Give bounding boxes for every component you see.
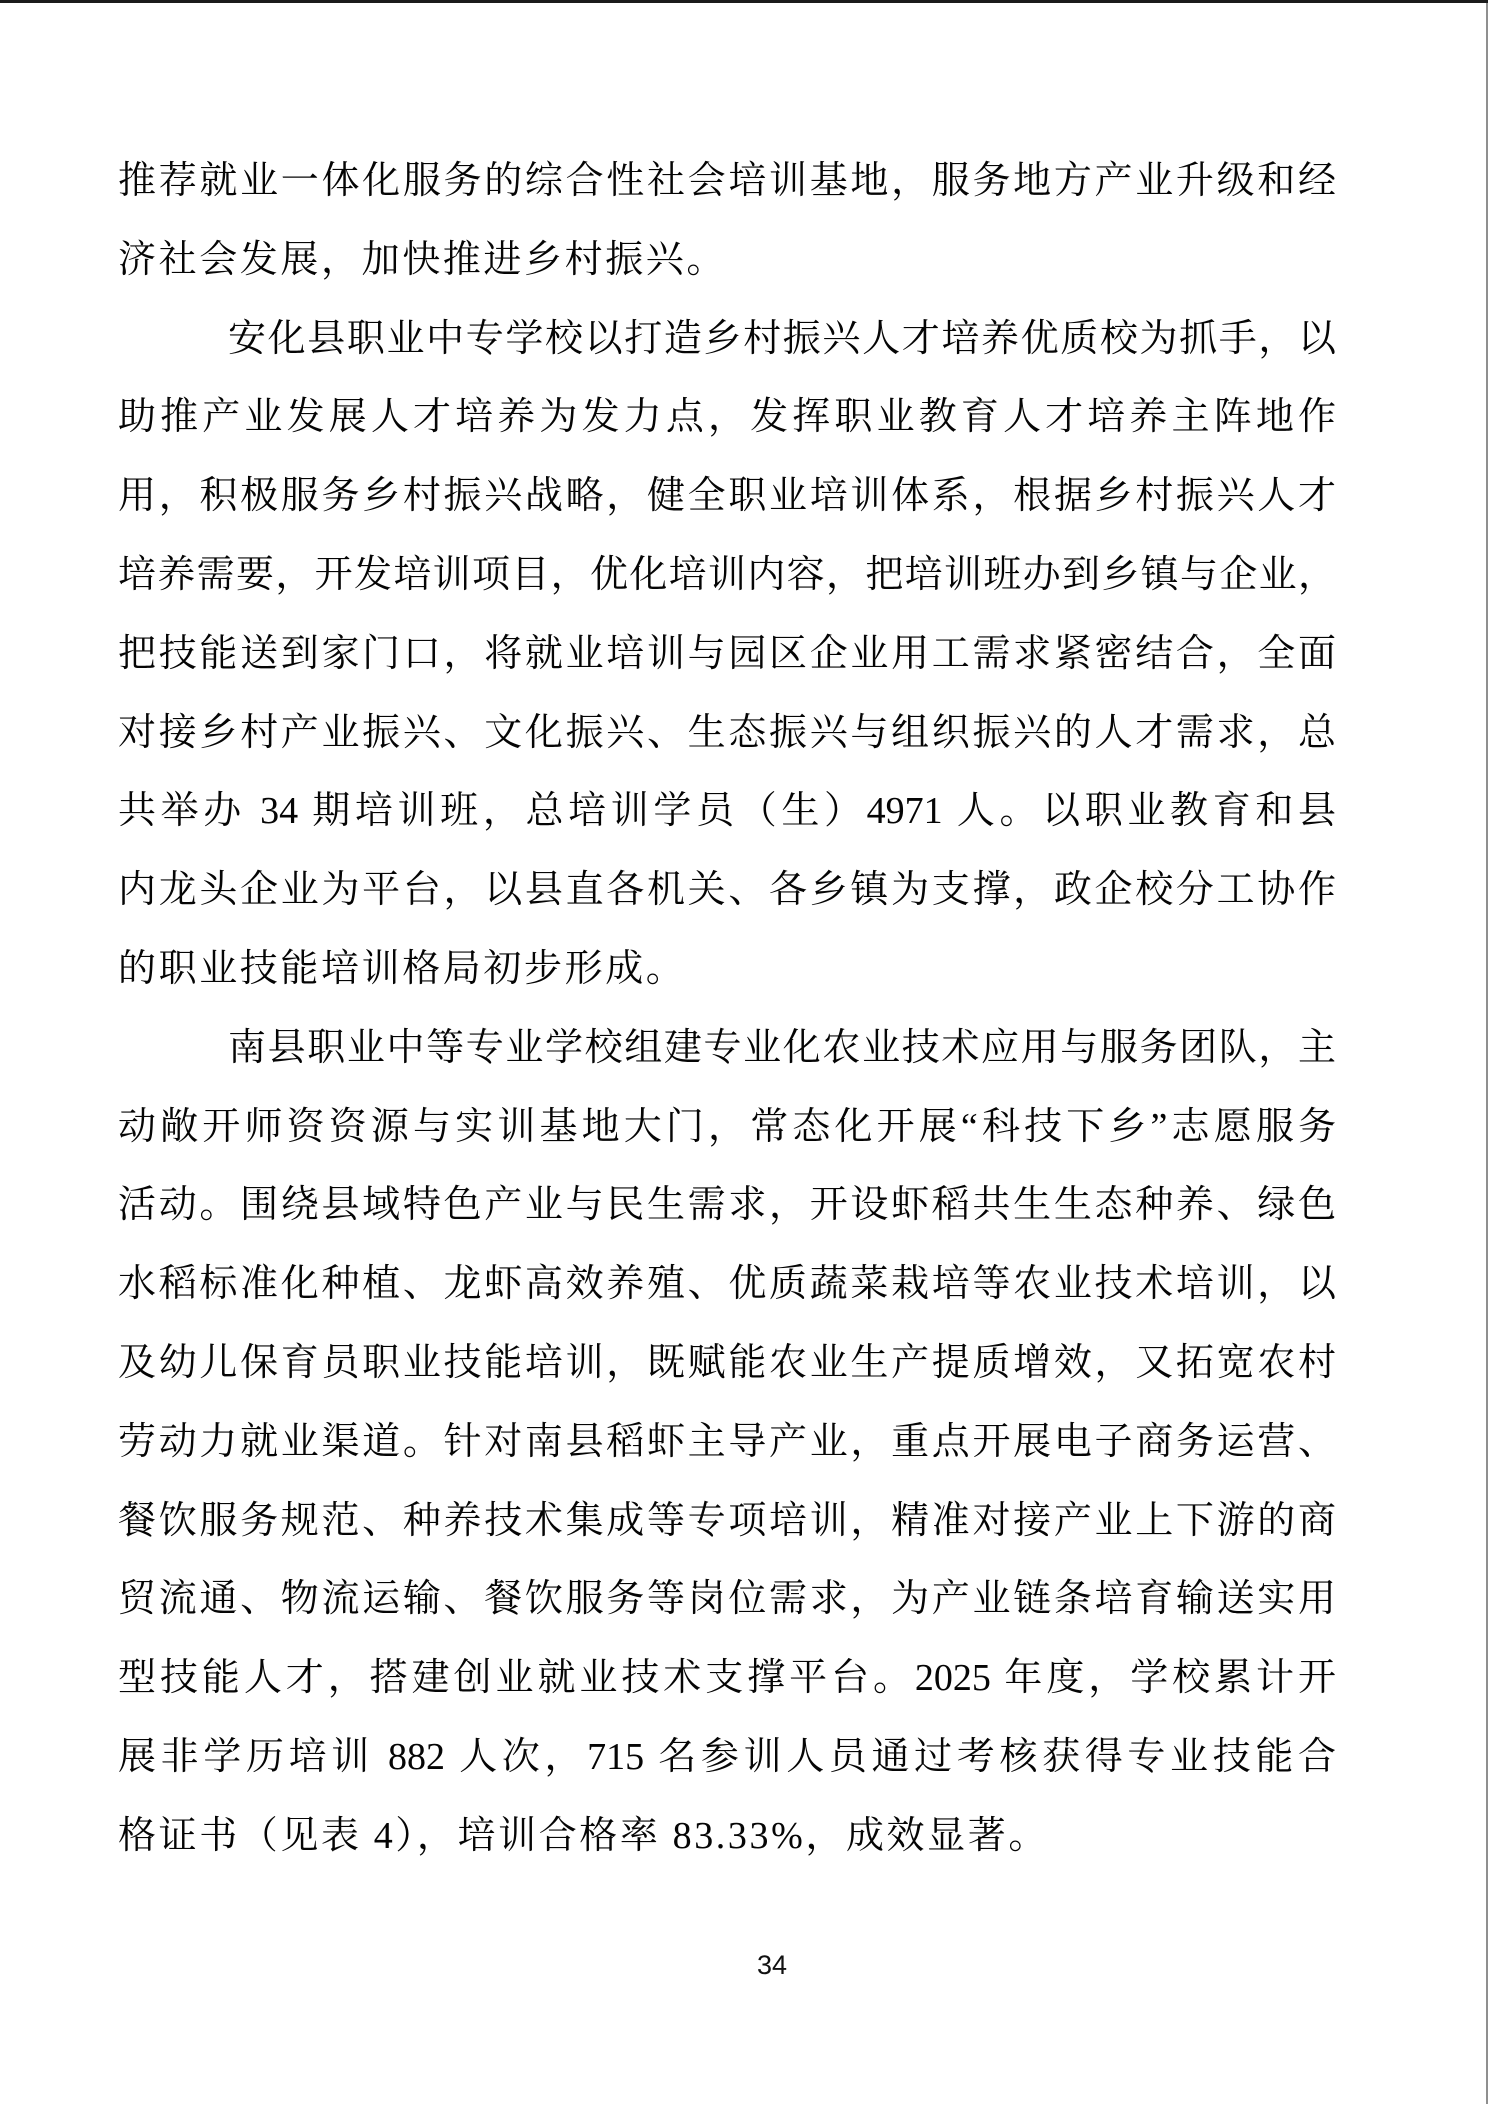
text-line: 助推产业发展人才培养为发力点，发挥职业教育人才培养主阵地作: [118, 378, 1336, 457]
text-line: 及幼儿保育员职业技能培训，既赋能农业生产提质增效，又拓宽农村: [118, 1324, 1336, 1403]
text-line: 把技能送到家门口，将就业培训与园区企业用工需求紧密结合，全面: [118, 615, 1336, 694]
document-text-block: 推荐就业一体化服务的综合性社会培训基地，服务地方产业升级和经 济社会发展，加快推…: [118, 142, 1336, 1876]
text-line: 推荐就业一体化服务的综合性社会培训基地，服务地方产业升级和经: [118, 142, 1336, 221]
text-line: 对接乡村产业振兴、文化振兴、生态振兴与组织振兴的人才需求，总: [118, 694, 1336, 773]
text-line: 餐饮服务规范、种养技术集成等专项培训，精准对接产业上下游的商: [118, 1482, 1336, 1561]
text-line: 展非学历培训 882 人次，715 名参训人员通过考核获得专业技能合: [118, 1718, 1336, 1797]
text-line: 贸流通、物流运输、餐饮服务等岗位需求，为产业链条培育输送实用: [118, 1560, 1336, 1639]
text-line: 用，积极服务乡村振兴战略，健全职业培训体系，根据乡村振兴人才: [118, 457, 1336, 536]
page-number: 34: [0, 1948, 1488, 1982]
text-line: 型技能人才，搭建创业就业技术支撑平台。2025 年度，学校累计开: [118, 1639, 1336, 1718]
text-line: 共举办 34 期培训班，总培训学员（生）4971 人。以职业教育和县: [118, 772, 1336, 851]
text-line: 培养需要，开发培训项目，优化培训内容，把培训班办到乡镇与企业，: [118, 536, 1336, 615]
text-line: 动敞开师资资源与实训基地大门，常态化开展“科技下乡”志愿服务: [118, 1088, 1336, 1167]
text-line-paragraph-end: 的职业技能培训格局初步形成。: [118, 930, 1336, 1009]
text-line: 水稻标准化种植、龙虾高效养殖、优质蔬菜栽培等农业技术培训，以: [118, 1245, 1336, 1324]
text-line-paragraph-end: 格证书（见表 4），培训合格率 83.33%，成效显著。: [118, 1797, 1336, 1876]
screenshot-top-edge: [0, 0, 1488, 3]
text-line-paragraph-end: 济社会发展，加快推进乡村振兴。: [118, 221, 1336, 300]
text-line: 劳动力就业渠道。针对南县稻虾主导产业，重点开展电子商务运营、: [118, 1403, 1336, 1482]
text-line: 活动。围绕县域特色产业与民生需求，开设虾稻共生生态种养、绿色: [118, 1166, 1336, 1245]
text-line-paragraph-start: 南县职业中等专业学校组建专业化农业技术应用与服务团队，主: [118, 1009, 1336, 1088]
text-line-paragraph-start: 安化县职业中专学校以打造乡村振兴人才培养优质校为抓手，以: [118, 300, 1336, 379]
text-line: 内龙头企业为平台，以县直各机关、各乡镇为支撑，政企校分工协作: [118, 851, 1336, 930]
